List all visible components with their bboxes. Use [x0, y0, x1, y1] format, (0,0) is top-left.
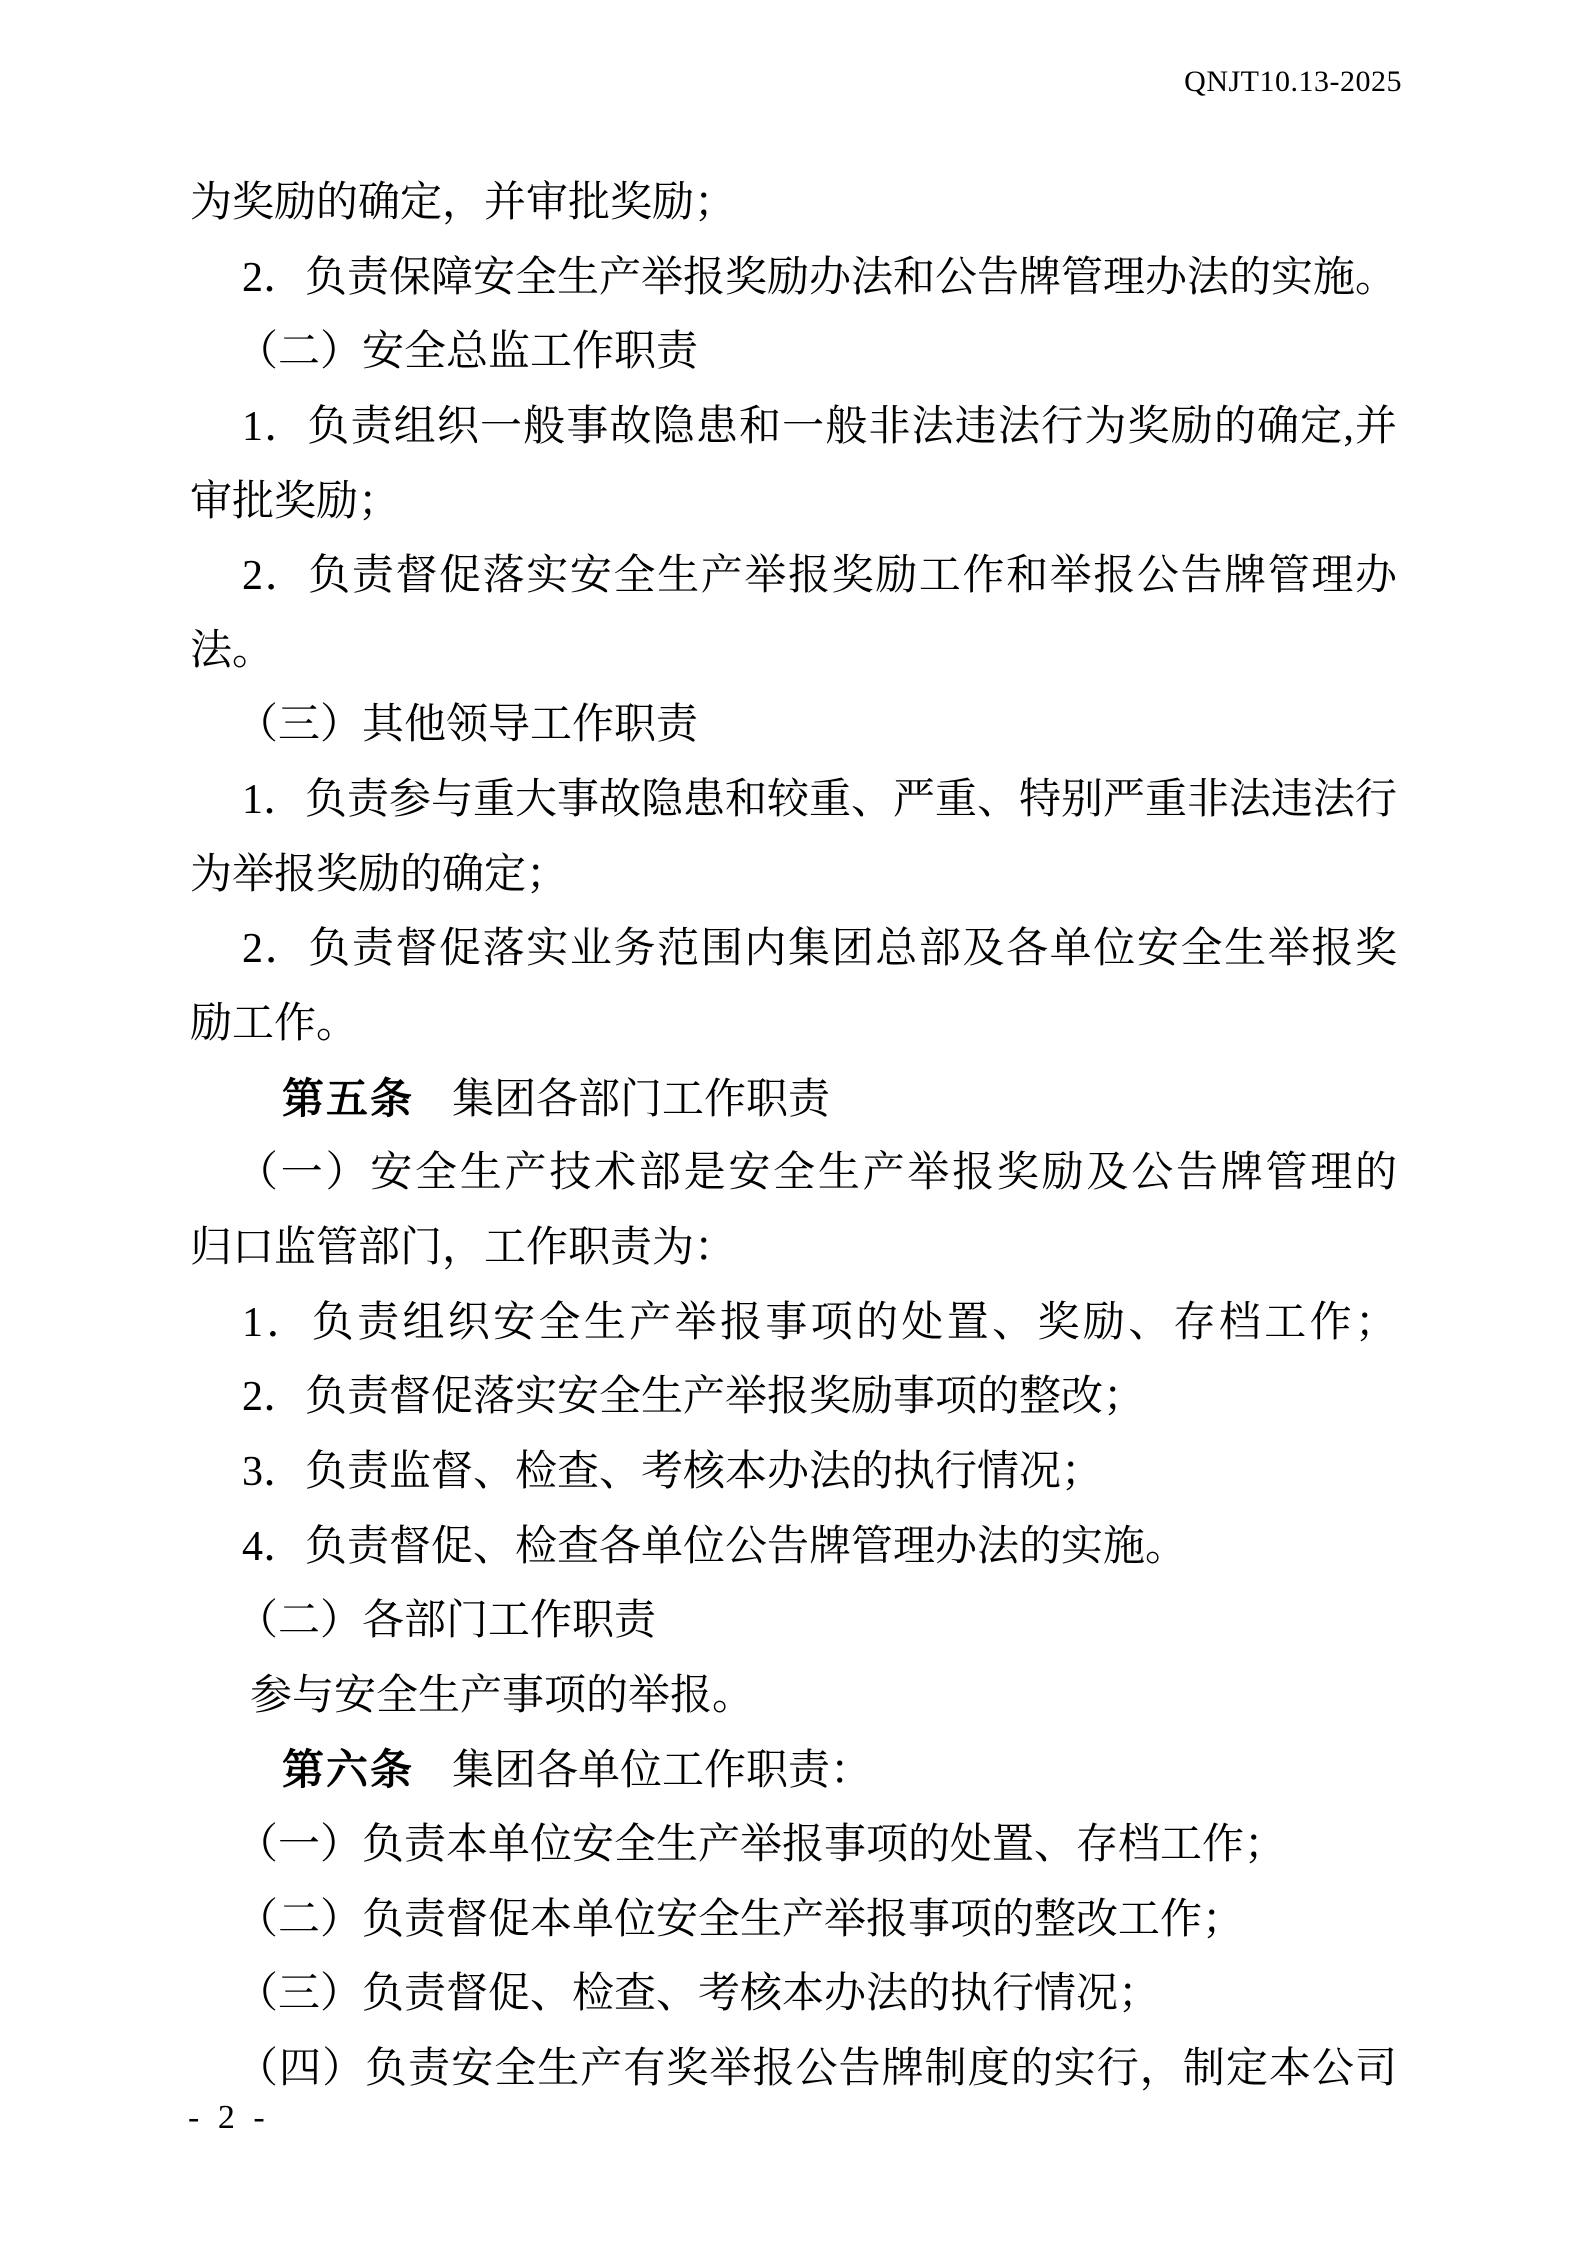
page-number: - 2 -	[188, 2098, 270, 2138]
text-line: （二）各部门工作职责	[190, 1584, 1397, 1659]
text-line: 2．负责保障安全生产举报奖励办法和公告牌管理办法的实施。	[190, 241, 1397, 316]
document-page: QNJT10.13-2025 为奖励的确定，并审批奖励；2．负责保障安全生产举报…	[0, 0, 1587, 2245]
article-title: 集团各单位工作职责：	[452, 1748, 872, 1794]
text-line: 为举报奖励的确定；	[190, 838, 1397, 913]
article-number: 第六条	[282, 1746, 414, 1793]
text-line: 2．负责督促落实安全生产举报奖励工作和举报公告牌管理办	[190, 539, 1397, 614]
text-line: 审批奖励；	[190, 465, 1397, 540]
text-line: 励工作。	[190, 987, 1397, 1062]
text-line: （二）负责督促本单位安全生产举报事项的整改工作；	[190, 1883, 1397, 1958]
article-number: 第五条	[282, 1075, 414, 1122]
article-title: 集团各部门工作职责	[452, 1077, 830, 1123]
text-line: （四）负责安全生产有奖举报公告牌制度的实行，制定本公司	[190, 2032, 1397, 2107]
text-line: 1．负责参与重大事故隐患和较重、严重、特别严重非法违法行	[190, 763, 1397, 838]
text-line: 归口监管部门，工作职责为：	[190, 1211, 1397, 1286]
article-heading-line: 第六条集团各单位工作职责：	[190, 1733, 1397, 1808]
text-line: 为奖励的确定，并审批奖励；	[190, 166, 1397, 241]
header-doc-number: QNJT10.13-2025	[0, 64, 1402, 100]
article-heading-line: 第五条集团各部门工作职责	[190, 1062, 1397, 1137]
text-line: （三）其他领导工作职责	[190, 688, 1397, 763]
text-line: 法。	[190, 614, 1397, 689]
document-body: 为奖励的确定，并审批奖励；2．负责保障安全生产举报奖励办法和公告牌管理办法的实施…	[190, 166, 1397, 2107]
text-line: 3．负责监督、检查、考核本办法的执行情况；	[190, 1435, 1397, 1510]
text-line: （三）负责督促、检查、考核本办法的执行情况；	[190, 1957, 1397, 2032]
text-line: 4．负责督促、检查各单位公告牌管理办法的实施。	[190, 1510, 1397, 1585]
text-line: （二）安全总监工作职责	[190, 315, 1397, 390]
text-line: 2．负责督促落实安全生产举报奖励事项的整改；	[190, 1360, 1397, 1435]
text-line: （一）负责本单位安全生产举报事项的处置、存档工作；	[190, 1808, 1397, 1883]
text-line: 1．负责组织安全生产举报事项的处置、奖励、存档工作；	[190, 1286, 1397, 1361]
text-line: （一）安全生产技术部是安全生产举报奖励及公告牌管理的	[190, 1136, 1397, 1211]
text-line: 2．负责督促落实业务范围内集团总部及各单位安全生举报奖	[190, 912, 1397, 987]
text-line: 参与安全生产事项的举报。	[190, 1659, 1397, 1734]
text-line: 1．负责组织一般事故隐患和一般非法违法行为奖励的确定,并	[190, 390, 1397, 465]
